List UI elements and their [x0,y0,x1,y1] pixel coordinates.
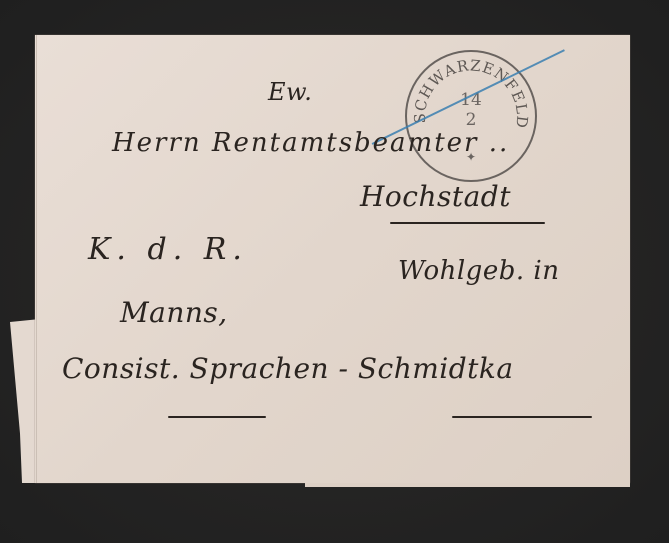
paper-fold-edge [36,35,37,483]
district-underline-left [168,416,266,418]
town-underline [390,222,545,224]
letter-cover-lower-edge [305,483,630,487]
district-underline-right [452,416,592,418]
address-town: Hochstadt [360,180,511,213]
address-line-kdr: K. d. R. [88,232,248,267]
postmark-month: 2 [407,110,535,130]
address-district: Consist. Sprachen - Schmidtka [62,352,514,385]
address-recipient-title: Herrn Rentamtsbeamter .. [112,128,509,158]
address-name: Manns, [120,296,228,329]
address-honorific: Wohlgeb. in [398,256,559,286]
postmark-day: 14 [407,90,535,110]
address-salutation: Ew. [268,78,312,106]
